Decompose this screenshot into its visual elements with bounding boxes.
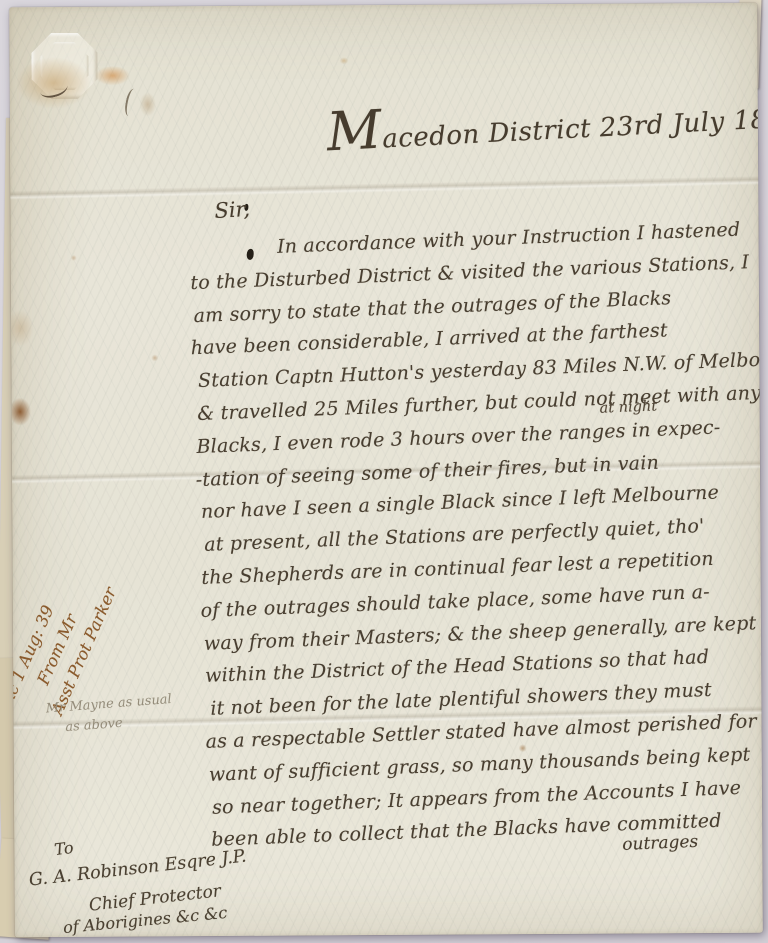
- letter-dateline: Macedon District 23rd July 1839: [326, 93, 763, 157]
- stain: [137, 88, 159, 120]
- stain: [9, 394, 34, 429]
- foxing-spot: [71, 255, 77, 261]
- received-docket-note: Rc 1 Aug: 39 From Mr Asst Prot Parker: [9, 471, 163, 730]
- address-to: To: [53, 838, 74, 859]
- interline-insertion: at night: [599, 398, 657, 416]
- catchword: outrages: [622, 832, 699, 855]
- stain: [9, 305, 37, 351]
- pencil-annotation: Mr Mayne as usual as above: [45, 690, 174, 739]
- foxing-spot: [151, 354, 158, 361]
- document-photo: Macedon District 23rd July 1839 Sir, In …: [0, 0, 768, 943]
- foxing-spot: [339, 57, 348, 64]
- paper-fibre-mark: [123, 88, 139, 118]
- letter-page: Macedon District 23rd July 1839 Sir, In …: [9, 3, 763, 938]
- fold-crease-top: [9, 175, 763, 201]
- salutation: Sir,: [214, 197, 251, 223]
- letter-body: In accordance with your Instruction I ha…: [189, 213, 763, 857]
